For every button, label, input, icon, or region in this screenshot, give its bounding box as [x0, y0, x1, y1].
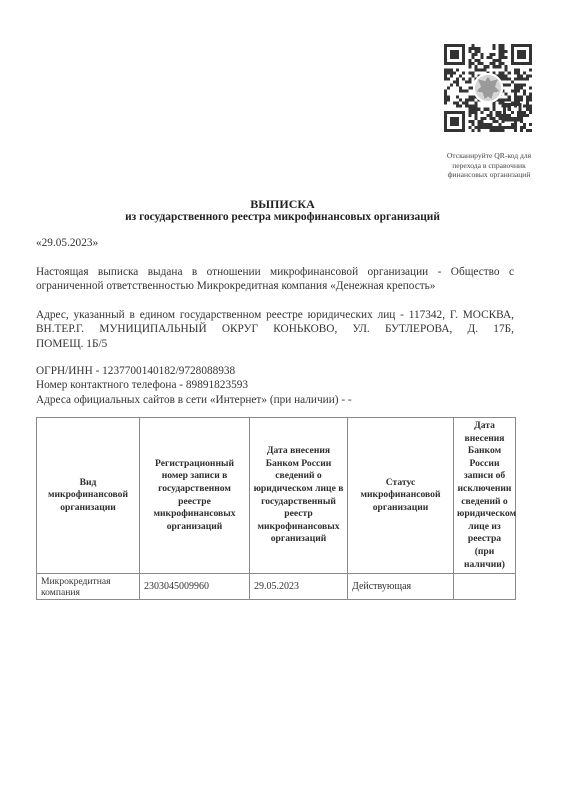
address-line-1: Адрес,указанныйвединомгосударственномрее…	[36, 308, 514, 322]
column-header-exclusion-date: Дата внесения Банком России записи об ис…	[454, 418, 516, 574]
document-subtitle: из государственного реестра микрофинансо…	[0, 211, 565, 223]
column-header-entry-date: Дата внесения Банком России сведений о ю…	[250, 418, 348, 574]
table-header-row: Вид микрофинансовой организации Регистра…	[37, 418, 516, 574]
contact-phone: Номер контактного телефона - 89891823593	[36, 378, 514, 392]
qr-caption-line: перехода в справочник	[424, 161, 554, 171]
address-word: Д.	[468, 322, 479, 336]
official-websites: Адреса официальных сайтов в сети «Интерн…	[36, 393, 514, 407]
column-header-registration-number: Регистрационный номер записи в государст…	[140, 418, 250, 574]
cell-exclusion-date	[454, 574, 516, 600]
column-header-type: Вид микрофинансовой организации	[37, 418, 140, 574]
column-header-status: Статус микрофинансовой организации	[348, 418, 454, 574]
qr-code-icon	[444, 44, 532, 132]
address-word: ОКРУГ	[222, 322, 258, 336]
address-word: ВН.ТЕР.Г.	[36, 322, 84, 336]
bank-of-russia-emblem-icon	[473, 73, 503, 103]
address-word: УЛ.	[353, 322, 370, 336]
address-word: МУНИЦИПАЛЬНЫЙ	[99, 322, 206, 336]
address-line-2: ВН.ТЕР.Г.МУНИЦИПАЛЬНЫЙОКРУГКОНЬКОВО,УЛ.Б…	[36, 322, 514, 336]
address-word: 117342,	[409, 308, 445, 322]
cell-registration-number: 2303045009960	[140, 574, 250, 600]
table-row: Микрокредитная компания 2303045009960 29…	[37, 574, 516, 600]
cell-entry-date: 29.05.2023	[250, 574, 348, 600]
address-line-3: ПОМЕЩ. 1Б/5	[36, 337, 514, 351]
address-word: БУТЛЕРОВА,	[385, 322, 452, 336]
company-details: ОГРН/ИНН - 1237700140182/9728088938 Номе…	[36, 364, 514, 407]
registry-table: Вид микрофинансовой организации Регистра…	[36, 417, 516, 600]
qr-caption-line: финансовых организаций	[424, 170, 554, 180]
address-word: 17Б,	[493, 322, 514, 336]
address-word: в	[130, 308, 135, 322]
address-word: едином	[140, 308, 175, 322]
address-word: -	[400, 308, 404, 322]
address-word: реестре	[266, 308, 303, 322]
intro-paragraph: Настоящая выписка выдана в отношении мик…	[36, 265, 514, 294]
address-word: МОСКВА,	[463, 308, 514, 322]
address-word: КОНЬКОВО,	[273, 322, 337, 336]
address-word: лиц	[378, 308, 396, 322]
cell-type: Микрокредитная компания	[37, 574, 140, 600]
address-word: Адрес,	[36, 308, 69, 322]
address-word: юридических	[308, 308, 373, 322]
document-title: ВЫПИСКА	[0, 197, 565, 212]
qr-caption-line: Отсканируйте QR-код для	[424, 151, 554, 161]
ogrn-inn: ОГРН/ИНН - 1237700140182/9728088938	[36, 364, 514, 378]
cell-status: Действующая	[348, 574, 454, 600]
issue-date: «29.05.2023»	[36, 236, 514, 250]
address-word: указанный	[74, 308, 125, 322]
qr-caption: Отсканируйте QR-код для перехода в справ…	[424, 151, 554, 180]
address-word: государственном	[180, 308, 261, 322]
address-paragraph: Адрес,указанныйвединомгосударственномрее…	[36, 308, 514, 351]
address-word: Г.	[450, 308, 458, 322]
